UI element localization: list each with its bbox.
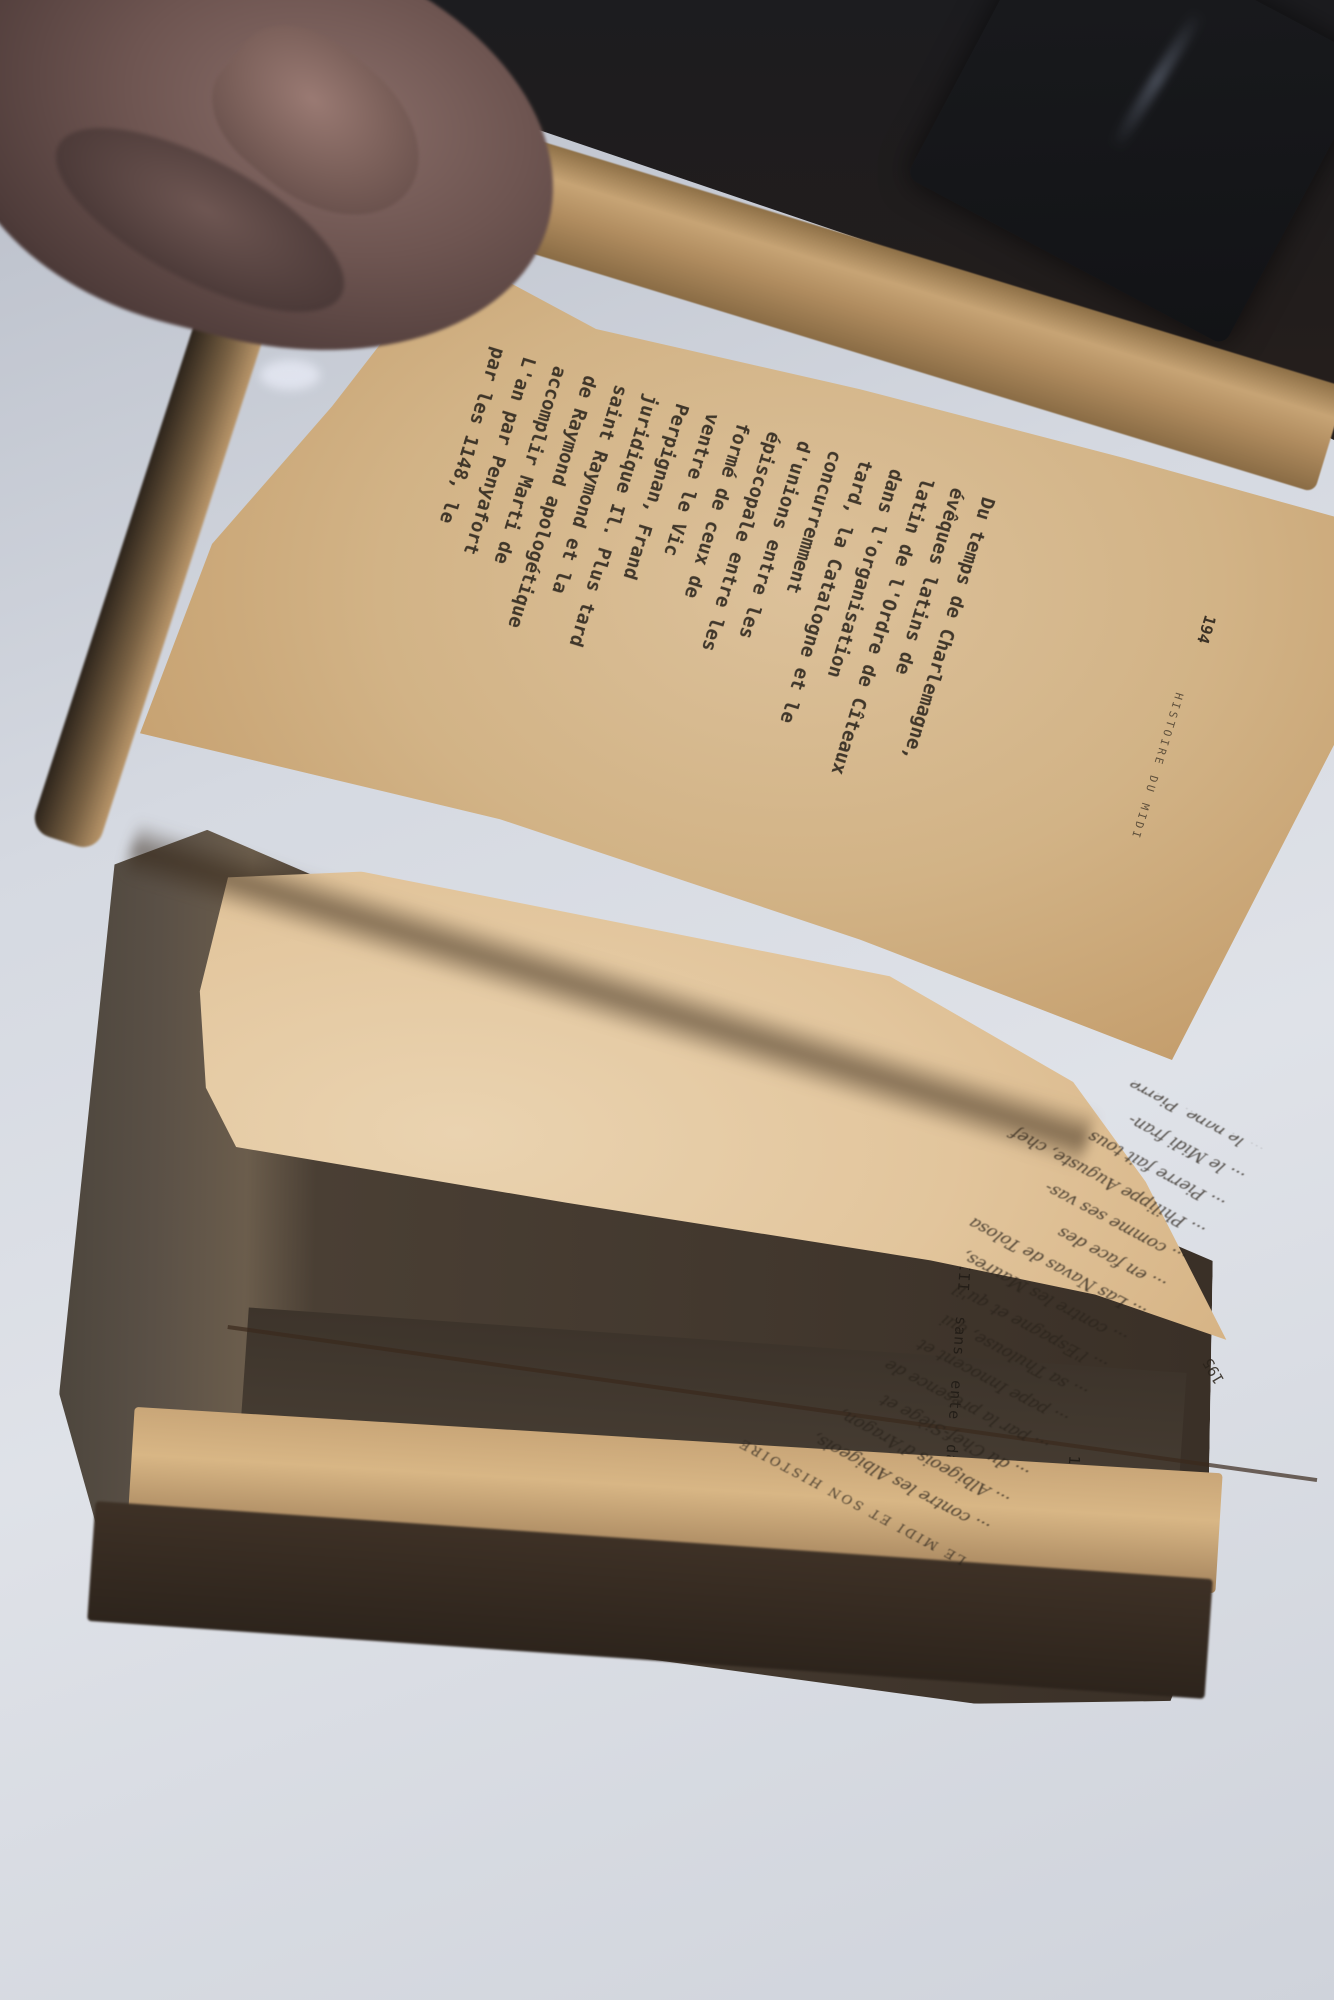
book-photo-scene: La par III sans ente dans que qui pour 1… xyxy=(0,0,1334,2000)
table-reflection xyxy=(260,360,320,390)
